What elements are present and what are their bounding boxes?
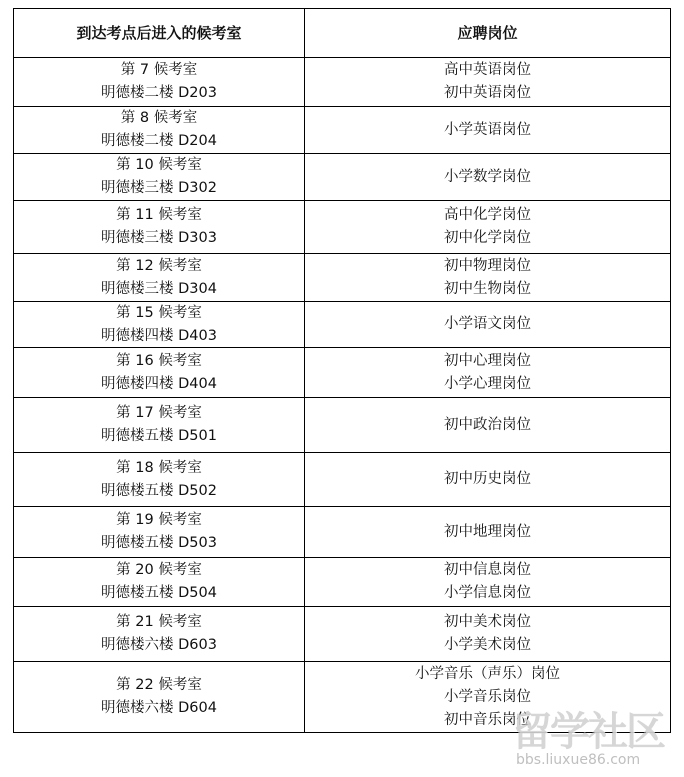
header-position: 应聘岗位 — [305, 9, 670, 57]
room-location: 明德楼四楼 D403 — [101, 325, 217, 348]
position-cell: 高中英语岗位初中英语岗位 — [305, 58, 670, 106]
room-number: 第 21 候考室 — [116, 611, 202, 634]
table-row: 第 19 候考室明德楼五楼 D503初中地理岗位 — [14, 507, 670, 558]
table-body: 第 7 候考室明德楼二楼 D203高中英语岗位初中英语岗位第 8 候考室明德楼二… — [14, 58, 670, 732]
waiting-room-cell: 第 20 候考室明德楼五楼 D504 — [14, 558, 305, 606]
room-number: 第 22 候考室 — [116, 674, 202, 697]
position-name: 小学音乐岗位 — [444, 686, 531, 709]
room-number: 第 15 候考室 — [116, 302, 202, 325]
room-location: 明德楼六楼 D604 — [101, 697, 217, 720]
table-row: 第 10 候考室明德楼三楼 D302小学数学岗位 — [14, 154, 670, 201]
position-name: 初中心理岗位 — [444, 350, 531, 373]
table-row: 第 12 候考室明德楼三楼 D304初中物理岗位初中生物岗位 — [14, 254, 670, 302]
waiting-room-cell: 第 7 候考室明德楼二楼 D203 — [14, 58, 305, 106]
position-cell: 初中信息岗位小学信息岗位 — [305, 558, 670, 606]
position-name: 初中历史岗位 — [444, 468, 531, 491]
position-cell: 初中物理岗位初中生物岗位 — [305, 254, 670, 301]
position-name: 初中信息岗位 — [444, 559, 531, 582]
position-cell: 初中历史岗位 — [305, 453, 670, 506]
room-number: 第 18 候考室 — [116, 457, 202, 480]
watermark-url: bbs.liuxue86.com — [516, 752, 682, 768]
waiting-room-cell: 第 18 候考室明德楼五楼 D502 — [14, 453, 305, 506]
position-cell: 初中心理岗位小学心理岗位 — [305, 348, 670, 397]
position-cell: 初中美术岗位小学美术岗位 — [305, 607, 670, 661]
position-cell: 初中地理岗位 — [305, 507, 670, 557]
waiting-room-cell: 第 22 候考室明德楼六楼 D604 — [14, 662, 305, 732]
header-waiting-room: 到达考点后进入的候考室 — [14, 9, 305, 57]
waiting-room-cell: 第 15 候考室明德楼四楼 D403 — [14, 302, 305, 347]
table-row: 第 15 候考室明德楼四楼 D403小学语文岗位 — [14, 302, 670, 348]
position-name: 初中美术岗位 — [444, 611, 531, 634]
room-number: 第 11 候考室 — [116, 204, 202, 227]
waiting-room-cell: 第 19 候考室明德楼五楼 D503 — [14, 507, 305, 557]
position-cell: 小学音乐（声乐）岗位小学音乐岗位初中音乐岗位 — [305, 662, 670, 732]
room-location: 明德楼二楼 D204 — [101, 130, 217, 153]
position-cell: 高中化学岗位初中化学岗位 — [305, 201, 670, 253]
room-number: 第 10 候考室 — [116, 154, 202, 177]
table-row: 第 11 候考室明德楼三楼 D303高中化学岗位初中化学岗位 — [14, 201, 670, 254]
room-number: 第 16 候考室 — [116, 350, 202, 373]
room-location: 明德楼五楼 D502 — [101, 480, 217, 503]
table-row: 第 22 候考室明德楼六楼 D604小学音乐（声乐）岗位小学音乐岗位初中音乐岗位 — [14, 662, 670, 732]
table-row: 第 8 候考室明德楼二楼 D204小学英语岗位 — [14, 107, 670, 154]
position-name: 小学心理岗位 — [444, 373, 531, 396]
position-name: 初中英语岗位 — [444, 82, 531, 105]
position-name: 小学数学岗位 — [444, 166, 531, 189]
waiting-room-cell: 第 16 候考室明德楼四楼 D404 — [14, 348, 305, 397]
position-name: 小学语文岗位 — [444, 313, 531, 336]
room-number: 第 8 候考室 — [121, 107, 197, 130]
position-name: 初中生物岗位 — [444, 278, 531, 301]
position-name: 小学英语岗位 — [444, 119, 531, 142]
waiting-room-cell: 第 12 候考室明德楼三楼 D304 — [14, 254, 305, 301]
room-location: 明德楼三楼 D304 — [101, 278, 217, 301]
table-row: 第 17 候考室明德楼五楼 D501初中政治岗位 — [14, 398, 670, 453]
waiting-room-cell: 第 11 候考室明德楼三楼 D303 — [14, 201, 305, 253]
room-location: 明德楼四楼 D404 — [101, 373, 217, 396]
room-number: 第 7 候考室 — [121, 59, 197, 82]
position-name: 小学音乐（声乐）岗位 — [415, 663, 560, 686]
room-number: 第 20 候考室 — [116, 559, 202, 582]
table-row: 第 20 候考室明德楼五楼 D504初中信息岗位小学信息岗位 — [14, 558, 670, 607]
exam-room-table: 到达考点后进入的候考室 应聘岗位 第 7 候考室明德楼二楼 D203高中英语岗位… — [13, 8, 671, 733]
position-name: 小学美术岗位 — [444, 634, 531, 657]
room-location: 明德楼六楼 D603 — [101, 634, 217, 657]
waiting-room-cell: 第 21 候考室明德楼六楼 D603 — [14, 607, 305, 661]
position-name: 高中化学岗位 — [444, 204, 531, 227]
position-cell: 小学语文岗位 — [305, 302, 670, 347]
table-header-row: 到达考点后进入的候考室 应聘岗位 — [14, 9, 670, 58]
position-cell: 小学数学岗位 — [305, 154, 670, 200]
waiting-room-cell: 第 17 候考室明德楼五楼 D501 — [14, 398, 305, 452]
table-row: 第 7 候考室明德楼二楼 D203高中英语岗位初中英语岗位 — [14, 58, 670, 107]
waiting-room-cell: 第 10 候考室明德楼三楼 D302 — [14, 154, 305, 200]
room-location: 明德楼三楼 D303 — [101, 227, 217, 250]
room-number: 第 12 候考室 — [116, 255, 202, 278]
position-name: 小学信息岗位 — [444, 582, 531, 605]
position-name: 高中英语岗位 — [444, 59, 531, 82]
position-cell: 小学英语岗位 — [305, 107, 670, 153]
position-name: 初中物理岗位 — [444, 255, 531, 278]
table-row: 第 21 候考室明德楼六楼 D603初中美术岗位小学美术岗位 — [14, 607, 670, 662]
room-location: 明德楼三楼 D302 — [101, 177, 217, 200]
table-row: 第 16 候考室明德楼四楼 D404初中心理岗位小学心理岗位 — [14, 348, 670, 398]
position-name: 初中地理岗位 — [444, 521, 531, 544]
position-name: 初中政治岗位 — [444, 414, 531, 437]
room-number: 第 19 候考室 — [116, 509, 202, 532]
table-row: 第 18 候考室明德楼五楼 D502初中历史岗位 — [14, 453, 670, 507]
room-location: 明德楼二楼 D203 — [101, 82, 217, 105]
room-number: 第 17 候考室 — [116, 402, 202, 425]
position-cell: 初中政治岗位 — [305, 398, 670, 452]
room-location: 明德楼五楼 D504 — [101, 582, 217, 605]
waiting-room-cell: 第 8 候考室明德楼二楼 D204 — [14, 107, 305, 153]
position-name: 初中化学岗位 — [444, 227, 531, 250]
room-location: 明德楼五楼 D503 — [101, 532, 217, 555]
position-name: 初中音乐岗位 — [444, 709, 531, 732]
room-location: 明德楼五楼 D501 — [101, 425, 217, 448]
